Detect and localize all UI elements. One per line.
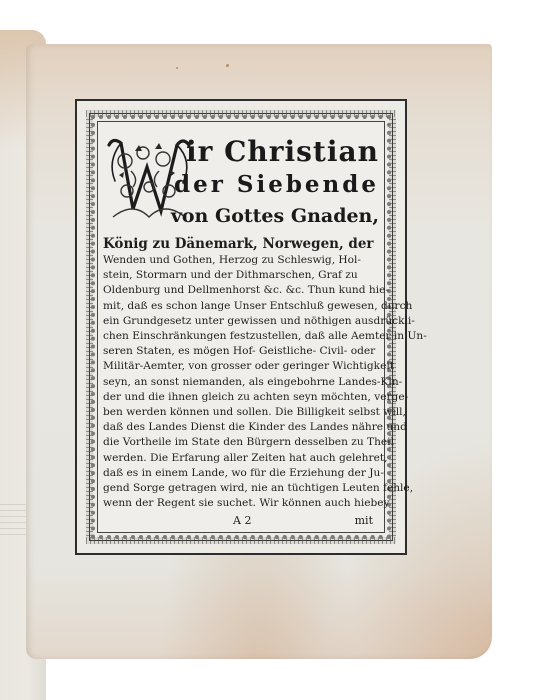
text-line: seren Staten, es mögen Hof- Geistliche- … — [103, 344, 379, 359]
heading-line-1: ir Christian — [186, 135, 379, 168]
text-line: daß des Landes Dienst die Kinder des Lan… — [103, 420, 379, 435]
text-line: Militär-Aemter, von grosser oder geringe… — [103, 359, 379, 374]
text-line: mit, daß es schon lange Unser Entschluß … — [103, 299, 379, 314]
signature-mark: A 2 — [233, 514, 251, 527]
text-line: ein Grundgesetz unter gewissen und nöthi… — [103, 314, 379, 329]
text-line: ben werden können und sollen. Die Billig… — [103, 405, 379, 420]
heading-line-2: der Siebende — [174, 171, 379, 198]
catchword: mit — [355, 514, 373, 527]
text-line: wenn der Regent sie suchet. Wir können a… — [103, 496, 379, 511]
text-line: seyn, an sonst niemanden, als eingebohrn… — [103, 375, 379, 390]
text-line: chen Einschränkungen festzustellen, daß … — [103, 329, 379, 344]
text-line: gend Sorge getragen wird, nie an tüchtig… — [103, 481, 379, 496]
ornamental-border-frame: ir Christian der Siebende von Gottes Gna… — [75, 99, 407, 555]
body-text: König zu Dänemark, Norwegen, der Wenden … — [103, 235, 379, 511]
text-line: daß es in einem Lande, wo für die Erzieh… — [103, 466, 379, 481]
text-line: stein, Stormarn und der Dithmarschen, Gr… — [103, 268, 379, 283]
text-line: der und die ihnen gleich zu achten seyn … — [103, 390, 379, 405]
heading-line-3: von Gottes Gnaden, — [171, 205, 379, 227]
text-line: Wenden und Gothen, Herzog zu Schleswig, … — [103, 253, 379, 268]
text-line: Oldenburg und Dellmenhorst &c. &c. Thun … — [103, 283, 379, 298]
foxing-spot — [226, 64, 229, 67]
text-line: die Vortheile im State den Bürgern desse… — [103, 435, 379, 450]
foxing-spot — [176, 67, 178, 69]
text-line: werden. Die Erfarung aller Zeiten hat au… — [103, 451, 379, 466]
text-line: König zu Dänemark, Norwegen, der — [103, 235, 379, 253]
text-block: ir Christian der Siebende von Gottes Gna… — [99, 123, 383, 531]
